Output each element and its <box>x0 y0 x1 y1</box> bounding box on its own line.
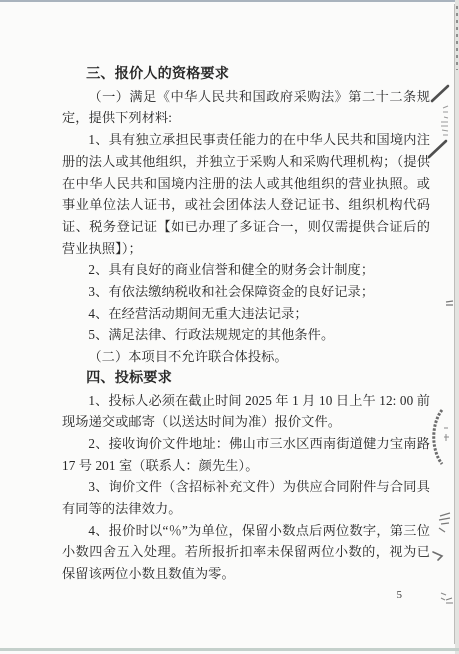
scanned-document-page: 三、报价人的资格要求 （一）满足《中华人民共和国政府采购法》第二十二条规定，提供… <box>0 0 459 654</box>
page-right-edge-line <box>454 4 455 644</box>
paragraph-qualification-item-3: 3、有依法缴纳税收和社会保障资金的良好记录； <box>62 281 430 303</box>
page-number: 5 <box>397 589 403 601</box>
handwriting-squiggle <box>441 122 448 135</box>
paragraph-quote-unit: 4、报价时以“％”为单位，保留小数点后两位数字，第三位小数四舍五入处理。若所报折… <box>62 520 430 585</box>
handwriting-squiggle <box>443 106 448 118</box>
arrow-flick-mark <box>433 552 442 560</box>
section-heading-bid-requirements: 四、投标要求 <box>62 368 430 390</box>
paragraph-qualification-item-5: 5、满足法律、行政法规规定的其他条件。 <box>62 324 430 346</box>
paragraph-qualification-item-4: 4、在经营活动期间无重大违法记录； <box>62 303 430 325</box>
paragraph-address: 2、接收询价文件地址：佛山市三水区西南街道健力宝南路 17 号 201 室（联系… <box>62 433 430 476</box>
stamp-inner-mark <box>444 428 449 441</box>
partial-stamp-arc <box>434 410 442 464</box>
dash-mark <box>446 301 453 305</box>
paragraph-deadline: 1、投标人必须在截止时间 2025 年 1 月 10 日上午 12: 00 前现… <box>62 390 430 433</box>
small-mark <box>441 593 446 600</box>
paragraph-qualification-item-1: 1、具有独立承担民事责任能力的在中华人民共和国境内注册的法人或其他组织，并独立于… <box>62 129 430 259</box>
paragraph-no-consortium: （二）本项目不允许联合体投标。 <box>62 346 430 368</box>
scan-bottom-edge <box>0 648 459 651</box>
small-scribble <box>446 598 453 603</box>
paragraph-legal-effect: 3、询价文件（含招标补充文件）为供应合同附件与合同具有同等的法律效力。 <box>62 476 430 519</box>
section-heading-bidder-qualifications: 三、报价人的资格要求 <box>62 64 430 86</box>
pen-stroke-mark <box>429 141 446 157</box>
scan-top-edge <box>0 0 459 2</box>
handwriting-squiggle <box>439 513 450 532</box>
scan-right-strip <box>455 0 459 654</box>
pen-stroke-mark <box>432 86 448 101</box>
paragraph-qualification-item-2: 2、具有良好的商业信誉和健全的财务会计制度； <box>62 259 430 281</box>
document-body: 三、报价人的资格要求 （一）满足《中华人民共和国政府采购法》第二十二条规定，提供… <box>62 64 430 585</box>
paragraph-qualification-intro: （一）满足《中华人民共和国政府采购法》第二十二条规定，提供下列材料: <box>62 86 430 129</box>
